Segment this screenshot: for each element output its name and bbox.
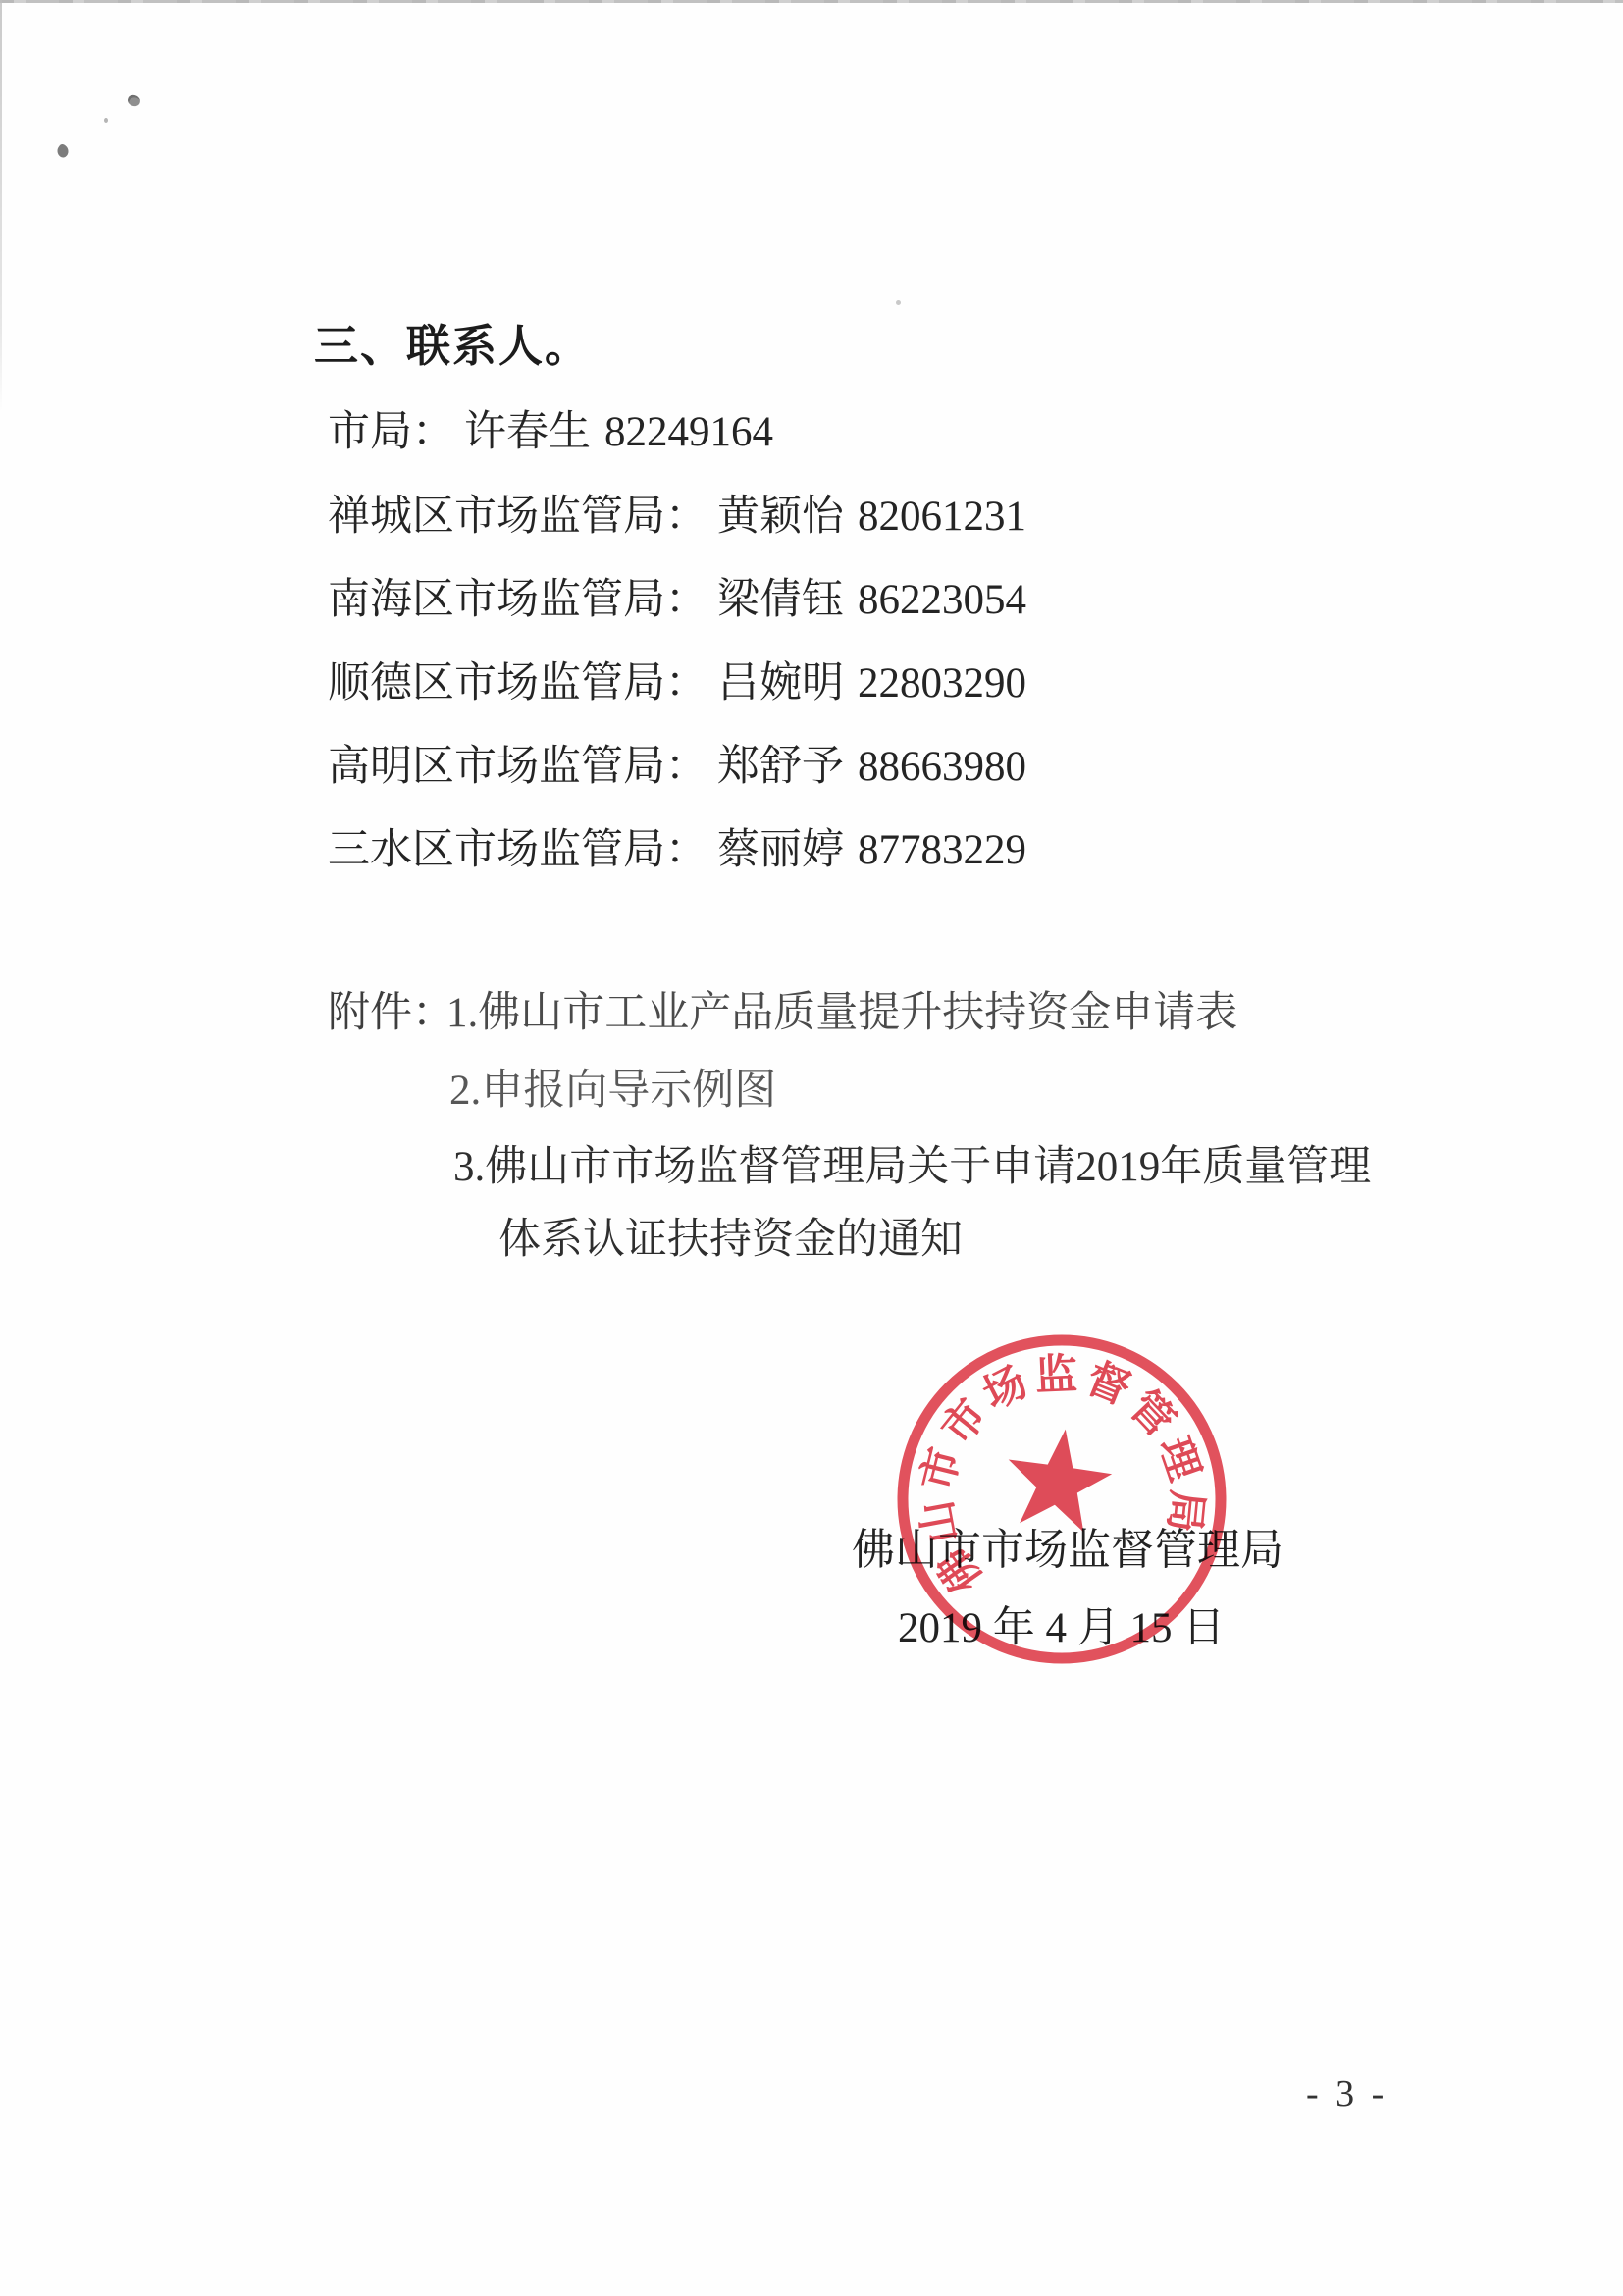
scan-speck <box>55 143 72 160</box>
contact-label: 禅城区市场监管局： <box>328 494 707 540</box>
contact-name: 梁倩钰 <box>717 577 844 623</box>
contact-name: 许春生 <box>464 409 591 455</box>
svg-text:督: 督 <box>1079 1354 1136 1414</box>
svg-text:理: 理 <box>1150 1432 1207 1487</box>
attachment-item: 1.佛山市工业产品质量提升扶持资金申请表 <box>446 979 1237 1039</box>
contact-row: 顺德区市场监管局：吕婉明22803290 <box>328 650 1026 709</box>
contact-row: 三水区市场监管局：蔡丽婷87783229 <box>328 816 1026 876</box>
document-page: 三、联系人。 市局：许春生82249164 禅城区市场监管局：黄颖怡820612… <box>0 0 1623 2296</box>
contact-label: 顺德区市场监管局： <box>328 660 707 706</box>
contact-name: 吕婉明 <box>717 660 844 706</box>
contact-phone: 22803290 <box>858 660 1026 706</box>
contact-name: 蔡丽婷 <box>717 827 844 873</box>
scan-edge-artifact <box>0 0 2 412</box>
svg-text:局: 局 <box>1160 1487 1210 1534</box>
attachment-item: 3.佛山市市场监督管理局关于申请2019年质量管理 <box>453 1133 1371 1193</box>
scan-speck <box>127 93 142 108</box>
page-number: - 3 - <box>1306 2072 1387 2115</box>
contact-label: 高明区市场监管局： <box>328 744 707 790</box>
svg-text:场: 场 <box>976 1359 1035 1419</box>
official-seal-stamp: 佛山市市场监督管理局 <box>865 1303 1258 1696</box>
contact-phone: 82249164 <box>604 409 773 455</box>
contact-name: 郑舒予 <box>717 744 844 790</box>
scan-speck <box>104 118 108 123</box>
contact-label: 市局： <box>328 409 454 455</box>
section-heading: 三、联系人。 <box>314 310 591 374</box>
contact-row: 市局：许春生82249164 <box>328 398 773 458</box>
scan-speck <box>896 300 901 305</box>
contact-row: 禅城区市场监管局：黄颖怡82061231 <box>328 483 1026 543</box>
attachment-item-continuation: 体系认证扶持资金的通知 <box>498 1206 963 1266</box>
svg-text:监: 监 <box>1034 1351 1078 1400</box>
contact-label: 三水区市场监管局： <box>328 827 707 873</box>
contact-row: 高明区市场监管局：郑舒予88663980 <box>328 733 1026 793</box>
attachment-item: 2.申报向导示例图 <box>449 1057 776 1117</box>
contact-label: 南海区市场监管局： <box>328 577 707 623</box>
contact-phone: 82061231 <box>858 494 1026 540</box>
contact-phone: 87783229 <box>858 827 1026 873</box>
attachments-label: 附件： <box>328 979 454 1039</box>
contact-phone: 86223054 <box>858 577 1026 623</box>
contact-name: 黄颖怡 <box>717 494 844 540</box>
seal-star-icon <box>1009 1430 1113 1533</box>
contact-row: 南海区市场监管局：梁倩钰86223054 <box>328 566 1026 626</box>
scan-edge-artifact <box>0 0 1623 3</box>
svg-text:市: 市 <box>914 1443 969 1495</box>
contact-phone: 88663980 <box>858 744 1026 790</box>
svg-text:山: 山 <box>914 1497 967 1547</box>
